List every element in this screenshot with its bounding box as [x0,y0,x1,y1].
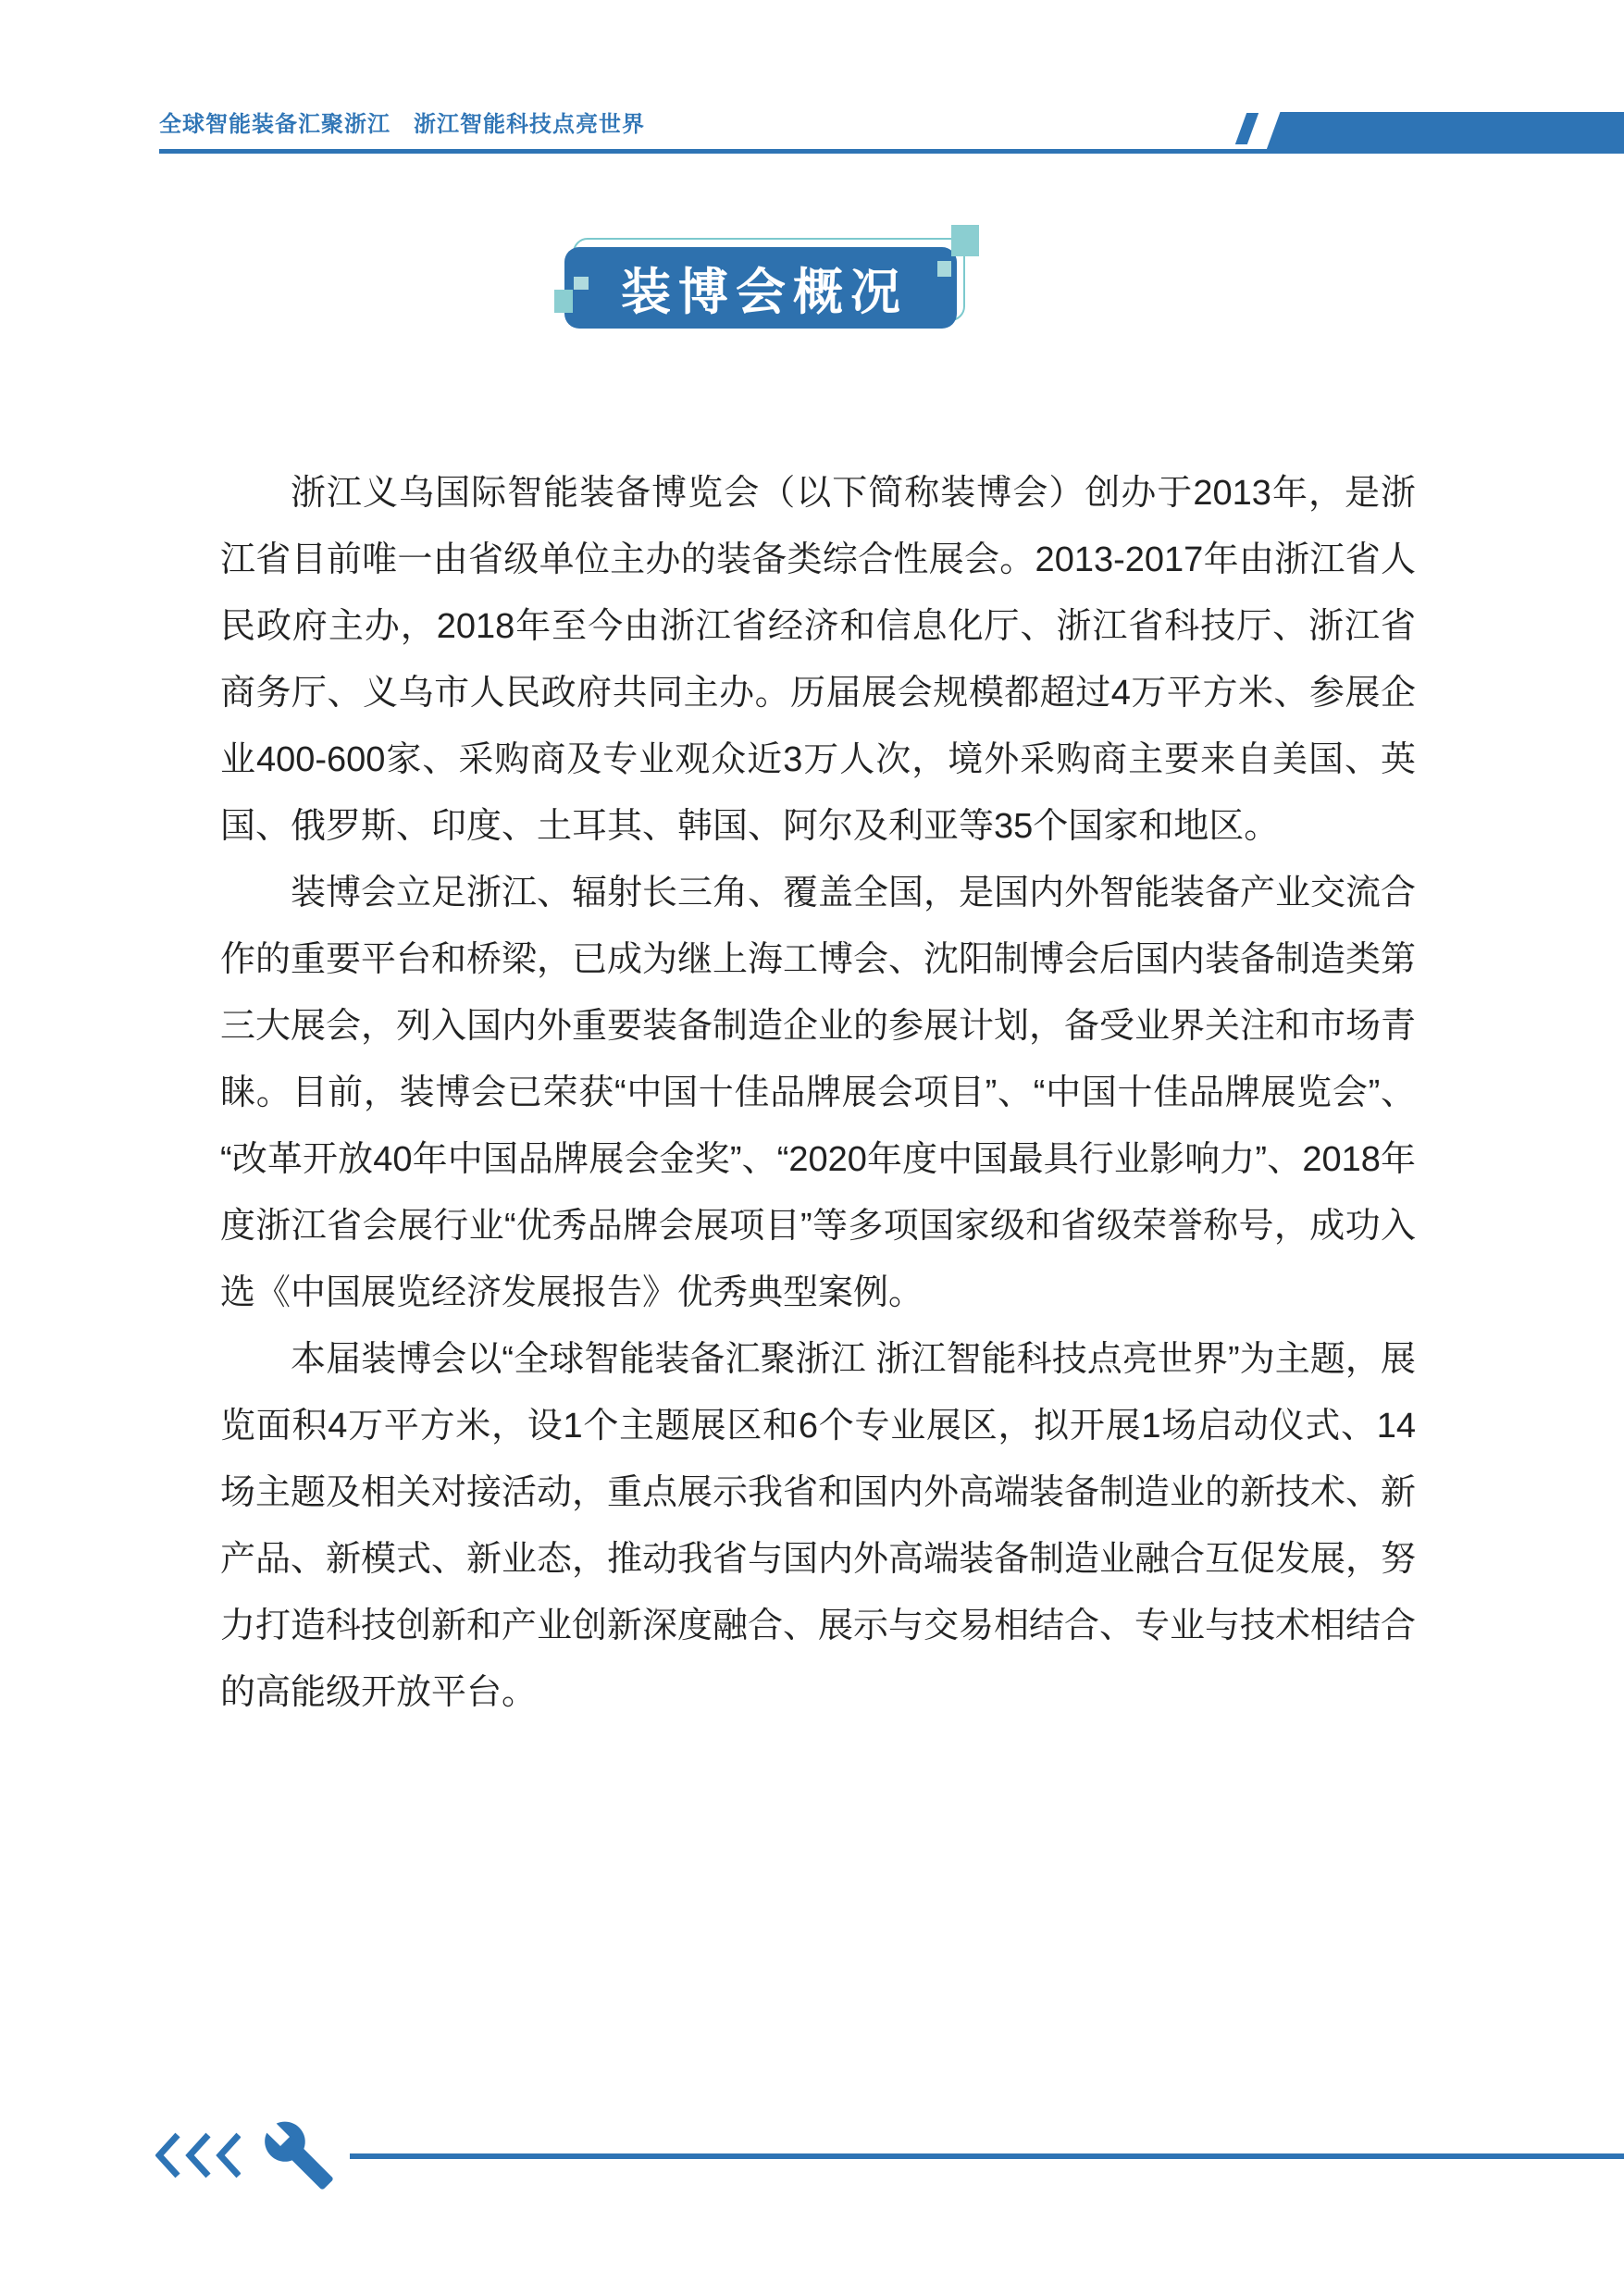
header-slogan: 全球智能装备汇聚浙江 浙江智能科技点亮世界 [159,105,645,138]
chevrons-left-icon [155,2131,241,2179]
section-title-banner: 装博会概况 [564,247,957,329]
slash-decoration-small [1235,113,1258,144]
footer-rule [350,2153,1624,2159]
teal-square-left [574,277,589,290]
teal-square-top-right [951,225,979,256]
paragraph-2: 装博会立足浙江、辐射长三角、覆盖全国，是国内外智能装备产业交流合作的重要平台和桥… [220,860,1416,1326]
paragraph-1: 浙江义乌国际智能装备博览会（以下简称装博会）创办于2013年，是浙江省目前唯一由… [220,460,1416,860]
wrench-icon [262,2118,336,2192]
document-page: 全球智能装备汇聚浙江 浙江智能科技点亮世界 装博会概况 浙江义乌国际智能装备博览… [0,0,1624,2296]
body-text: 浙江义乌国际智能装备博览会（以下简称装博会）创办于2013年，是浙江省目前唯一由… [220,460,1416,1726]
teal-square-bottom-left [554,290,573,313]
teal-square-right [937,261,951,277]
paragraph-3: 本届装博会以“全球智能装备汇聚浙江 浙江智能科技点亮世界”为主题，展览面积4万平… [220,1326,1416,1726]
page-title: 装博会概况 [614,253,908,324]
slash-decoration-large [1267,112,1624,150]
